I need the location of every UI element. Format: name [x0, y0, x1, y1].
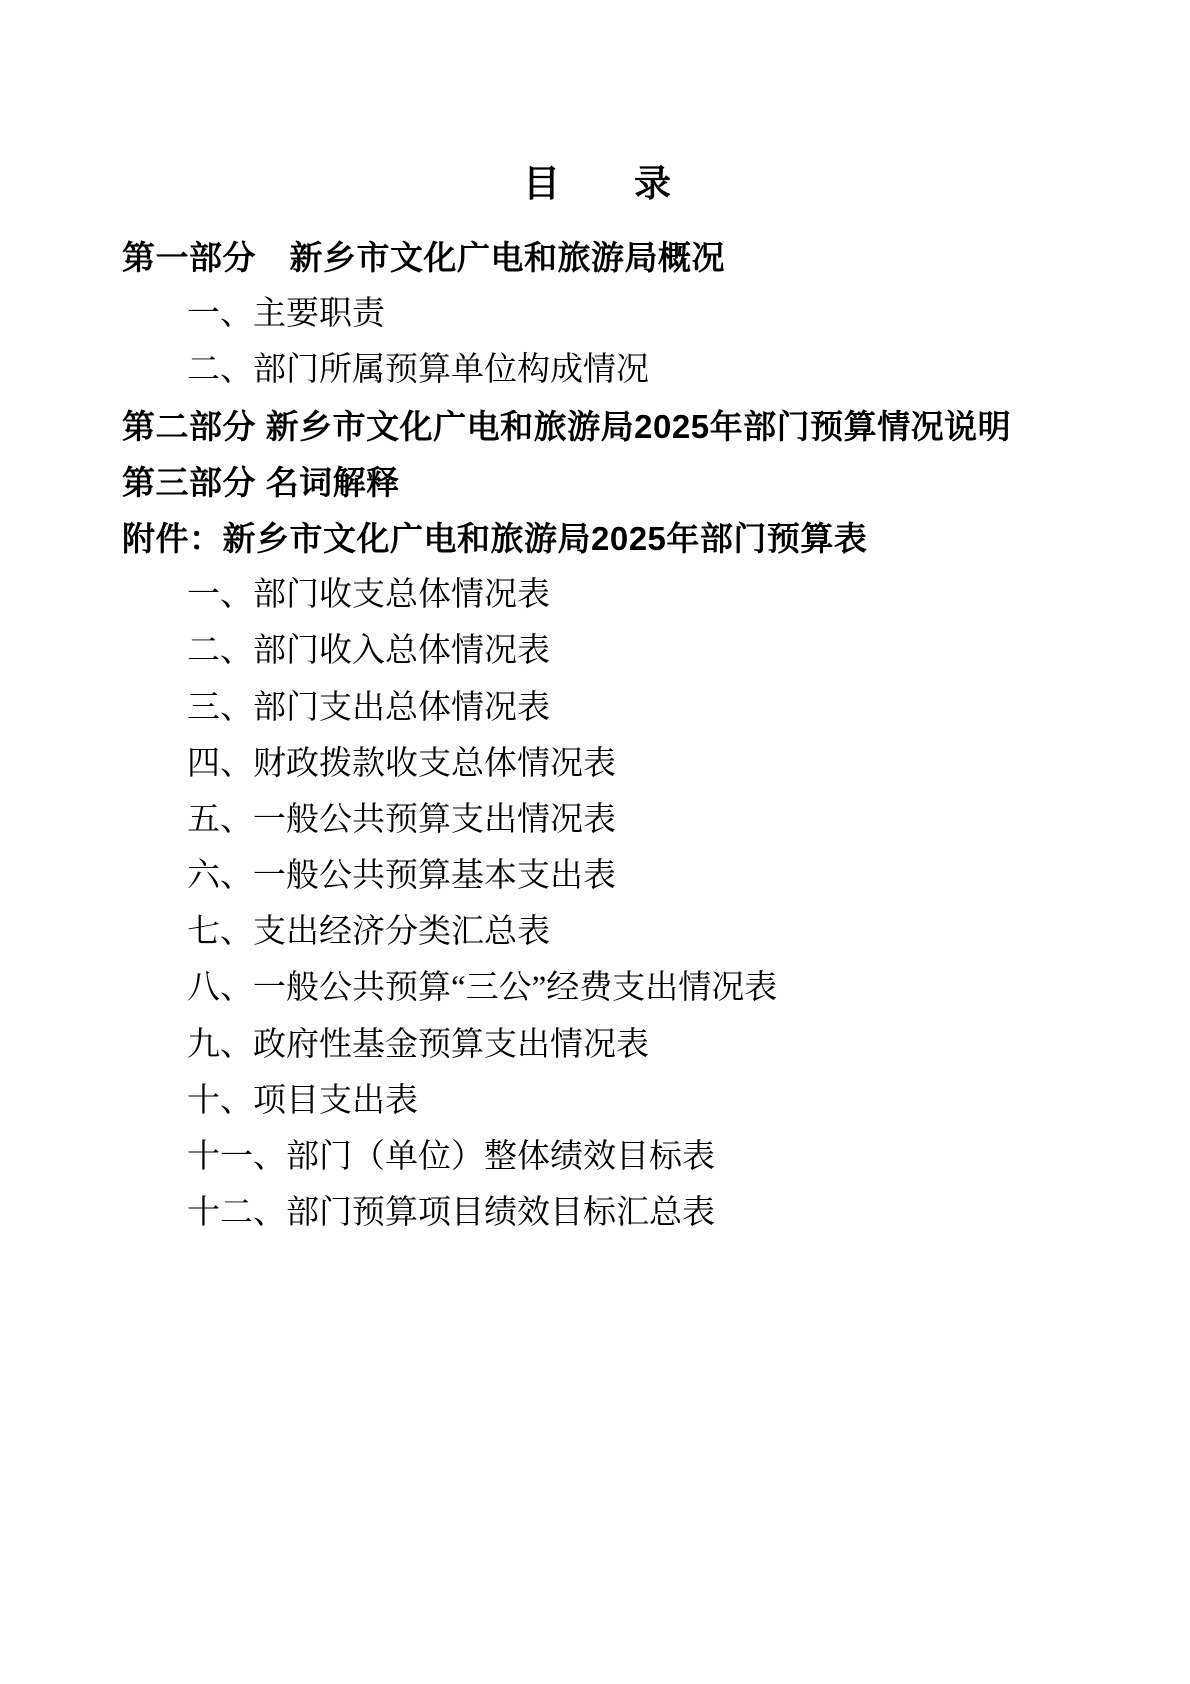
toc-item-main-duties: 一、主要职责 [122, 286, 1072, 342]
toc-item-table-10-project-expenditure: 十、项目支出表 [122, 1073, 1072, 1129]
toc-heading-part3: 第三部分 名词解释 [122, 455, 1072, 511]
toc-item-table-2-revenue-overview: 二、部门收入总体情况表 [122, 623, 1072, 679]
toc-heading-part1: 第一部分 新乡市文化广电和旅游局概况 [122, 230, 1072, 286]
toc-item-subordinate-budget-units: 二、部门所属预算单位构成情况 [122, 342, 1072, 398]
toc-item-table-5-general-public-budget-expenditure: 五、一般公共预算支出情况表 [122, 792, 1072, 848]
toc-item-table-6-general-public-budget-basic-expenditure: 六、一般公共预算基本支出表 [122, 848, 1072, 904]
toc-title: 目 录 [122, 140, 1072, 230]
toc-item-table-3-expenditure-overview: 三、部门支出总体情况表 [122, 680, 1072, 736]
toc-item-table-1-revenue-expenditure-overview: 一、部门收支总体情况表 [122, 567, 1072, 623]
toc-list: 第一部分 新乡市文化广电和旅游局概况 一、主要职责 二、部门所属预算单位构成情况… [122, 230, 1072, 1241]
toc-item-table-8-three-public-funds: 八、一般公共预算“三公”经费支出情况表 [122, 960, 1072, 1016]
toc-item-table-9-government-fund-budget-expenditure: 九、政府性基金预算支出情况表 [122, 1017, 1072, 1073]
toc-item-table-7-expenditure-economic-classification: 七、支出经济分类汇总表 [122, 904, 1072, 960]
toc-heading-attachments: 附件：新乡市文化广电和旅游局2025年部门预算表 [122, 511, 1072, 567]
toc-heading-part2: 第二部分 新乡市文化广电和旅游局2025年部门预算情况说明 [122, 399, 1072, 455]
toc-item-table-11-overall-performance-targets: 十一、部门（单位）整体绩效目标表 [122, 1129, 1072, 1185]
toc-item-table-4-fiscal-appropriation-overview: 四、财政拨款收支总体情况表 [122, 736, 1072, 792]
toc-item-table-12-project-performance-targets-summary: 十二、部门预算项目绩效目标汇总表 [122, 1185, 1072, 1241]
document-page: 目 录 第一部分 新乡市文化广电和旅游局概况 一、主要职责 二、部门所属预算单位… [0, 0, 1190, 1684]
